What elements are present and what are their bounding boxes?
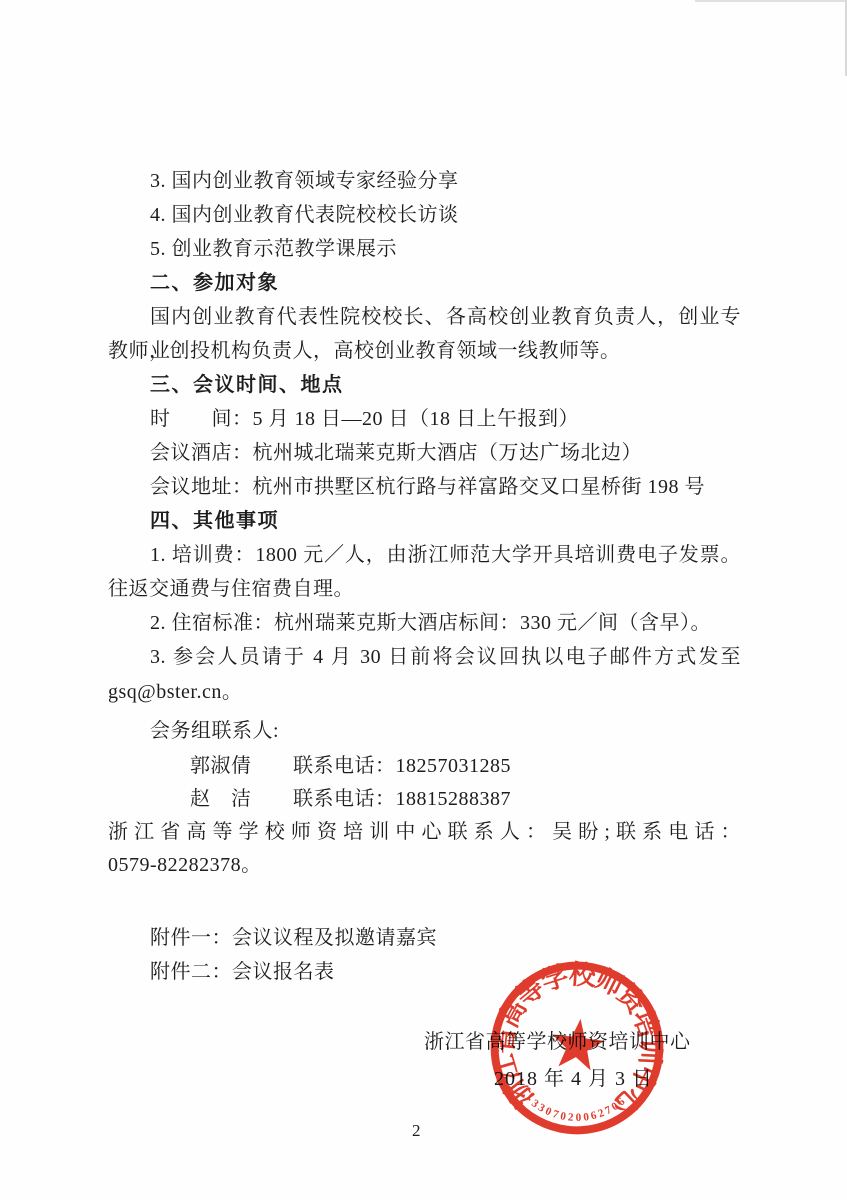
attachment-line: 附件一：会议议程及拟邀请嘉宾 — [108, 921, 741, 955]
schedule-address-line: 会议地址：杭州市拱墅区杭行路与祥富路交叉口星桥街 198 号 — [108, 470, 741, 504]
section-heading-participants: 二、参加对象 — [108, 266, 741, 300]
reply-email-line: gsq@bster.cn。 — [108, 675, 741, 709]
agenda-item: 3. 国内创业教育领域专家经验分享 — [108, 164, 741, 198]
lodging-line: 2. 住宿标准：杭州瑞莱克斯大酒店标间：330 元／间（含早）。 — [108, 606, 741, 640]
schedule-time-line: 时 间：5 月 18 日—20 日（18 日上午报到） — [108, 402, 741, 436]
official-seal: 浙江省高等学校师资培训中心 3307020062706 — [478, 949, 676, 1147]
contact-row: 郭淑倩 联系电话：18257031285 — [108, 749, 741, 783]
agenda-item: 5. 创业教育示范教学课展示 — [108, 232, 741, 266]
contact-name: 赵 洁 — [190, 782, 252, 816]
center-contact-phone-line: 0579-82282378。 — [108, 848, 741, 882]
participants-text-line: 教师，创投机构负责人，高校创业教育领域一线教师等。 — [108, 334, 741, 368]
contacts-heading: 会务组联系人: — [108, 714, 741, 748]
center-contact-line: 浙江省高等学校师资培训中心联系人：吴盼;联系电话： — [108, 815, 741, 849]
reply-line: 3. 参会人员请于 4 月 30 日前将会议回执以电子邮件方式发至 — [108, 640, 741, 674]
scan-artifact-top-edge — [695, 0, 847, 2]
seal-star-icon — [548, 1016, 606, 1072]
fee-line: 1. 培训费：1800 元／人，由浙江师范大学开具培训费电子发票。 — [108, 538, 741, 572]
section-heading-schedule: 三、会议时间、地点 — [108, 368, 741, 402]
contact-name: 郭淑倩 — [190, 749, 252, 783]
agenda-item: 4. 国内创业教育代表院校校长访谈 — [108, 198, 741, 232]
contact-phone: 联系电话：18815288387 — [293, 782, 511, 816]
schedule-hotel-line: 会议酒店：杭州城北瑞莱克斯大酒店（万达广场北边） — [108, 436, 741, 470]
contact-phone: 联系电话：18257031285 — [293, 749, 511, 783]
fee-line: 往返交通费与住宿费自理。 — [108, 572, 741, 606]
contact-row: 赵 洁 联系电话：18815288387 — [108, 782, 741, 816]
document-page: 3. 国内创业教育领域专家经验分享 4. 国内创业教育代表院校校长访谈 5. 创… — [0, 0, 847, 1200]
section-heading-other: 四、其他事项 — [108, 504, 741, 538]
page-number: 2 — [412, 1120, 421, 1142]
participants-text-line: 国内创业教育代表性院校校长、各高校创业教育负责人，创业专业 — [108, 300, 741, 334]
